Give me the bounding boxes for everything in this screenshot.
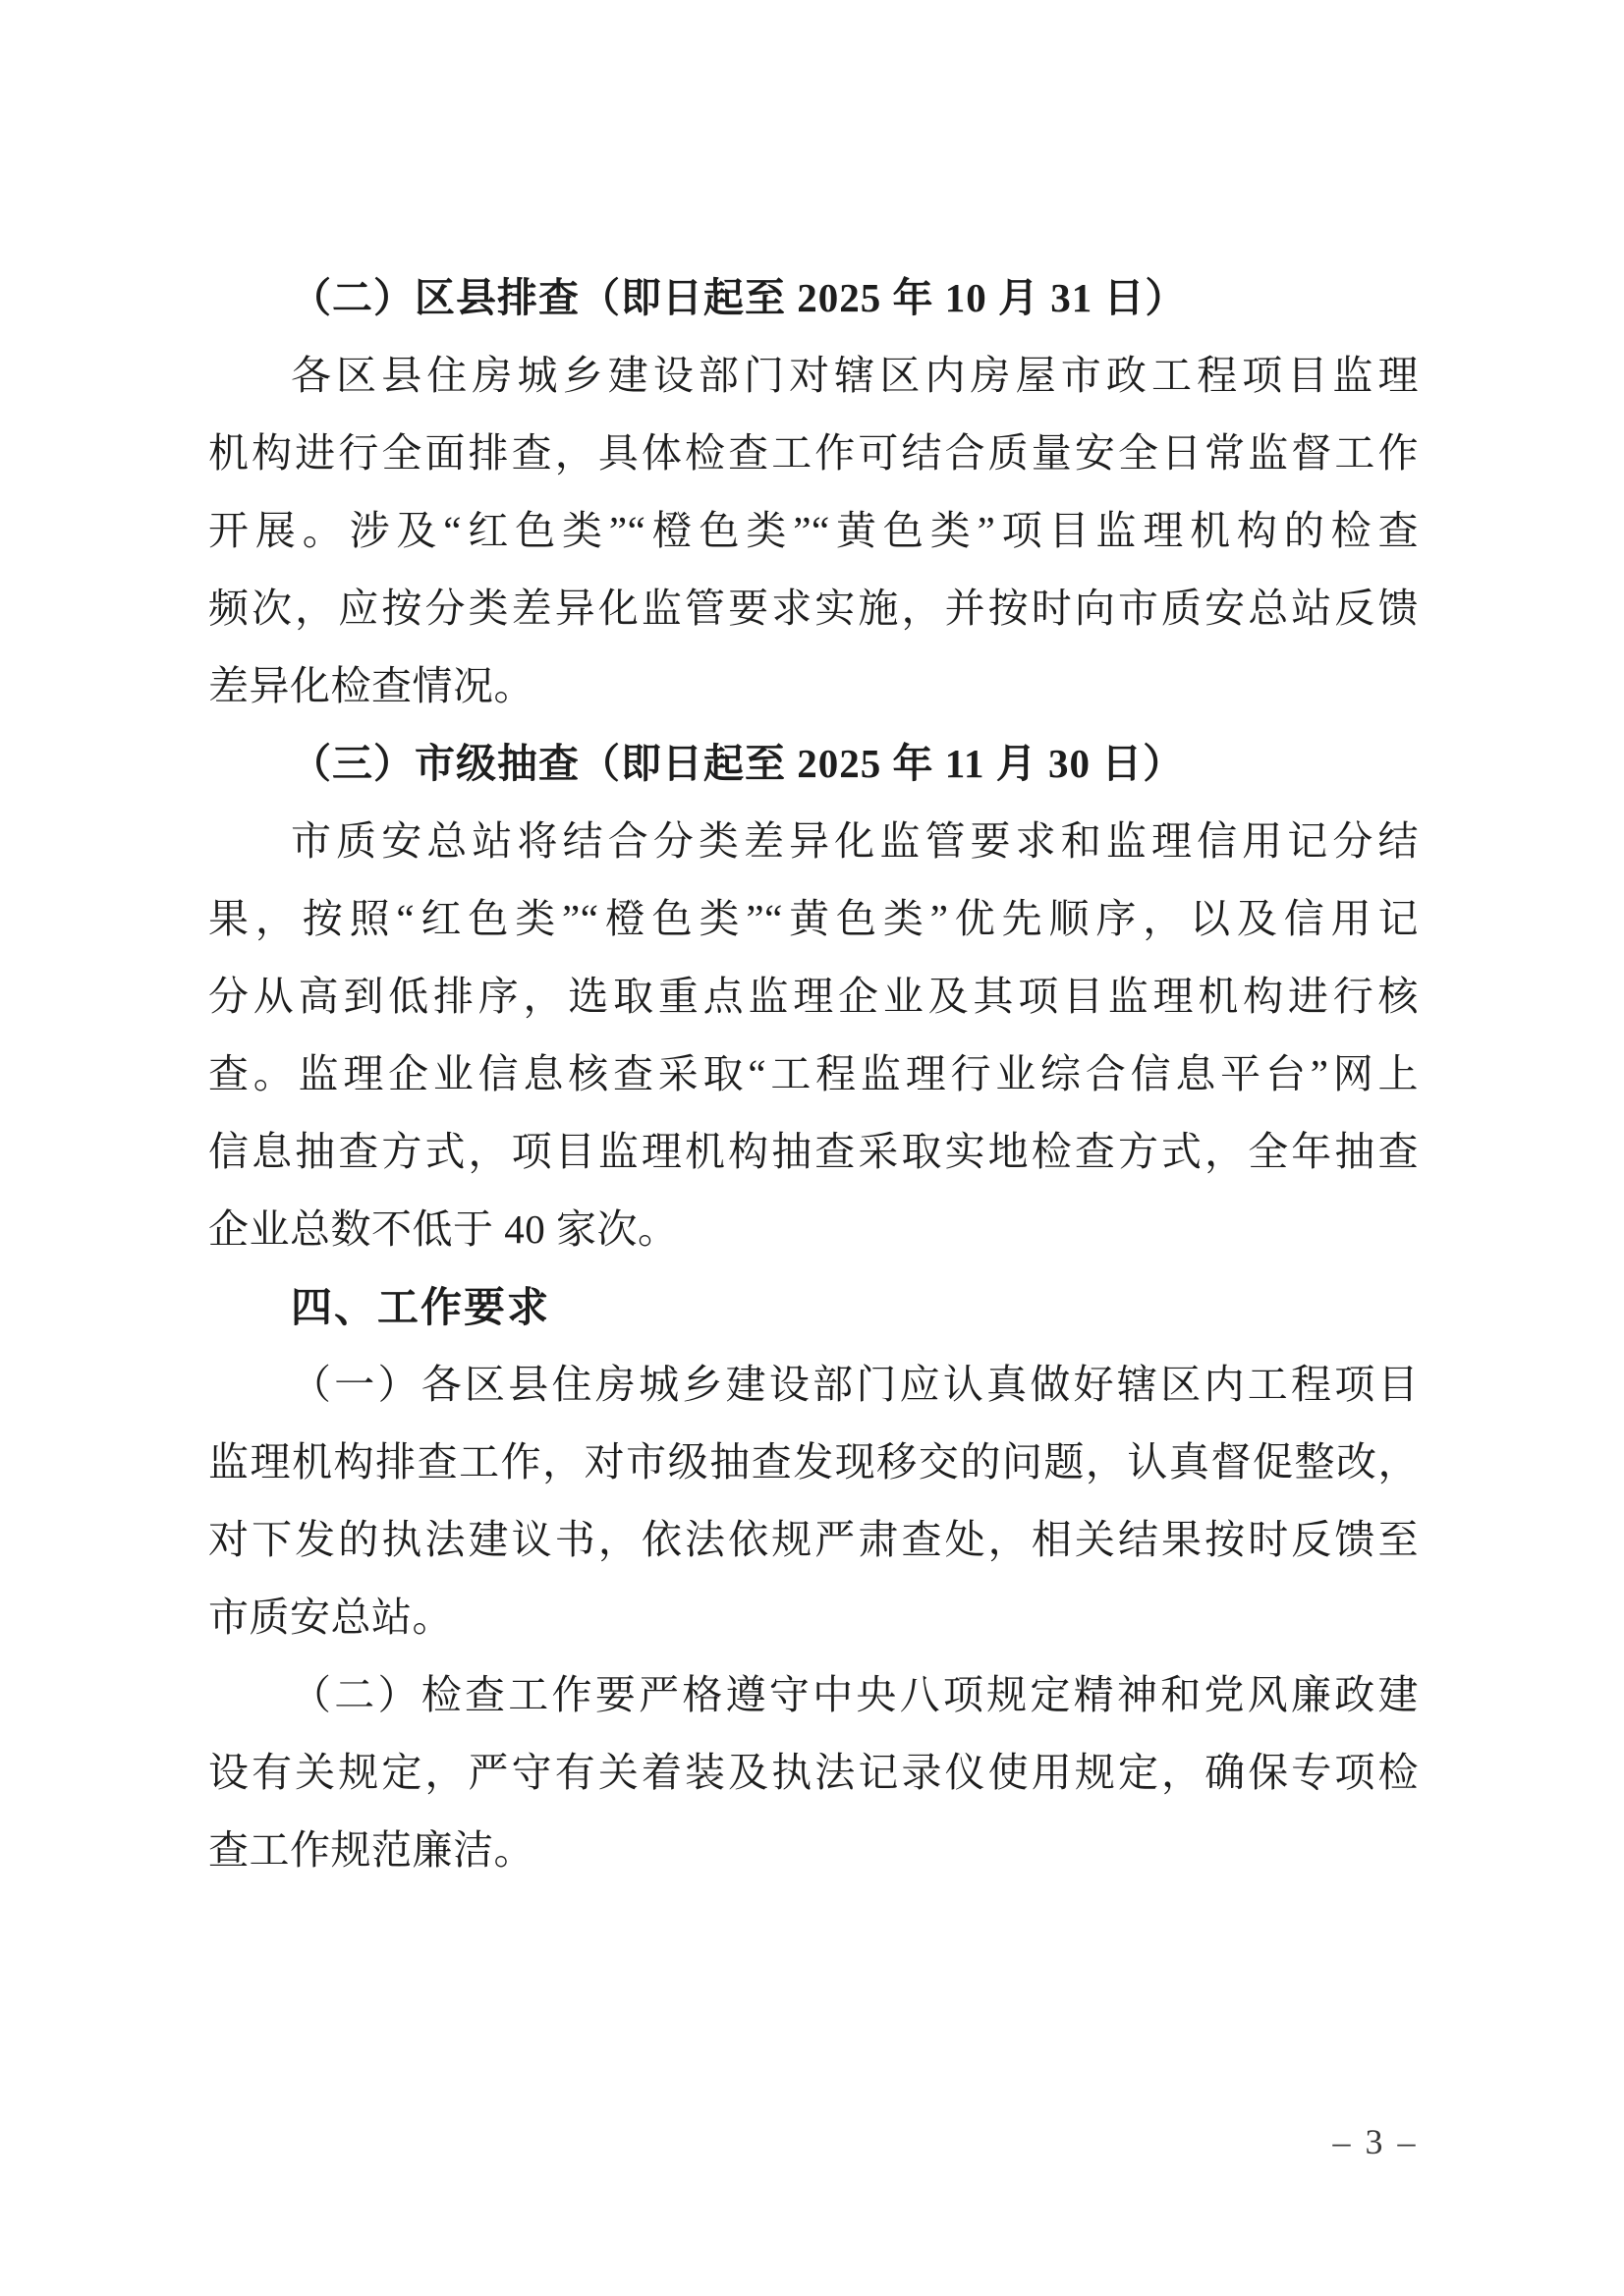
document-body: （二）区县排查（即日起至 2025 年 10 月 31 日）各区县住房城乡建设部… [208, 259, 1419, 1889]
text-line: 频次，应按分类差异化监管要求实施，并按时向市质安总站反馈 [208, 570, 1419, 647]
text-line: （三）市级抽查（即日起至 2025 年 11 月 30 日） [208, 725, 1419, 803]
text-line: 信息抽查方式，项目监理机构抽查采取实地检查方式，全年抽查 [208, 1113, 1419, 1191]
text-line: 市质安总站将结合分类差异化监管要求和监理信用记分结 [208, 803, 1419, 880]
text-line: 开展。涉及“红色类”“橙色类”“黄色类”项目监理机构的检查 [208, 492, 1419, 570]
text-line: 监理机构排查工作，对市级抽查发现移交的问题，认真督促整改， [208, 1424, 1419, 1501]
text-line: 市质安总站。 [208, 1579, 1419, 1656]
text-line: （二）检查工作要严格遵守中央八项规定精神和党风廉政建 [208, 1656, 1419, 1734]
text-line: （二）区县排查（即日起至 2025 年 10 月 31 日） [208, 259, 1419, 337]
text-line: 四、工作要求 [208, 1268, 1419, 1346]
text-line: 果，按照“红色类”“橙色类”“黄色类”优先顺序，以及信用记 [208, 880, 1419, 958]
text-line: 设有关规定，严守有关着装及执法记录仪使用规定，确保专项检 [208, 1734, 1419, 1812]
text-line: 机构进行全面排查，具体检查工作可结合质量安全日常监督工作 [208, 415, 1419, 492]
page-number: – 3 – [1307, 2112, 1444, 2171]
text-line: 对下发的执法建议书，依法依规严肃查处，相关结果按时反馈至 [208, 1501, 1419, 1579]
text-line: （一）各区县住房城乡建设部门应认真做好辖区内工程项目 [208, 1346, 1419, 1424]
document-page: （二）区县排查（即日起至 2025 年 10 月 31 日）各区县住房城乡建设部… [0, 0, 1624, 2296]
text-line: 查工作规范廉洁。 [208, 1812, 1419, 1889]
text-line: 分从高到低排序，选取重点监理企业及其项目监理机构进行核 [208, 958, 1419, 1036]
text-line: 各区县住房城乡建设部门对辖区内房屋市政工程项目监理 [208, 337, 1419, 415]
text-line: 差异化检查情况。 [208, 647, 1419, 725]
text-line: 查。监理企业信息核查采取“工程监理行业综合信息平台”网上 [208, 1036, 1419, 1113]
text-line: 企业总数不低于 40 家次。 [208, 1191, 1419, 1268]
